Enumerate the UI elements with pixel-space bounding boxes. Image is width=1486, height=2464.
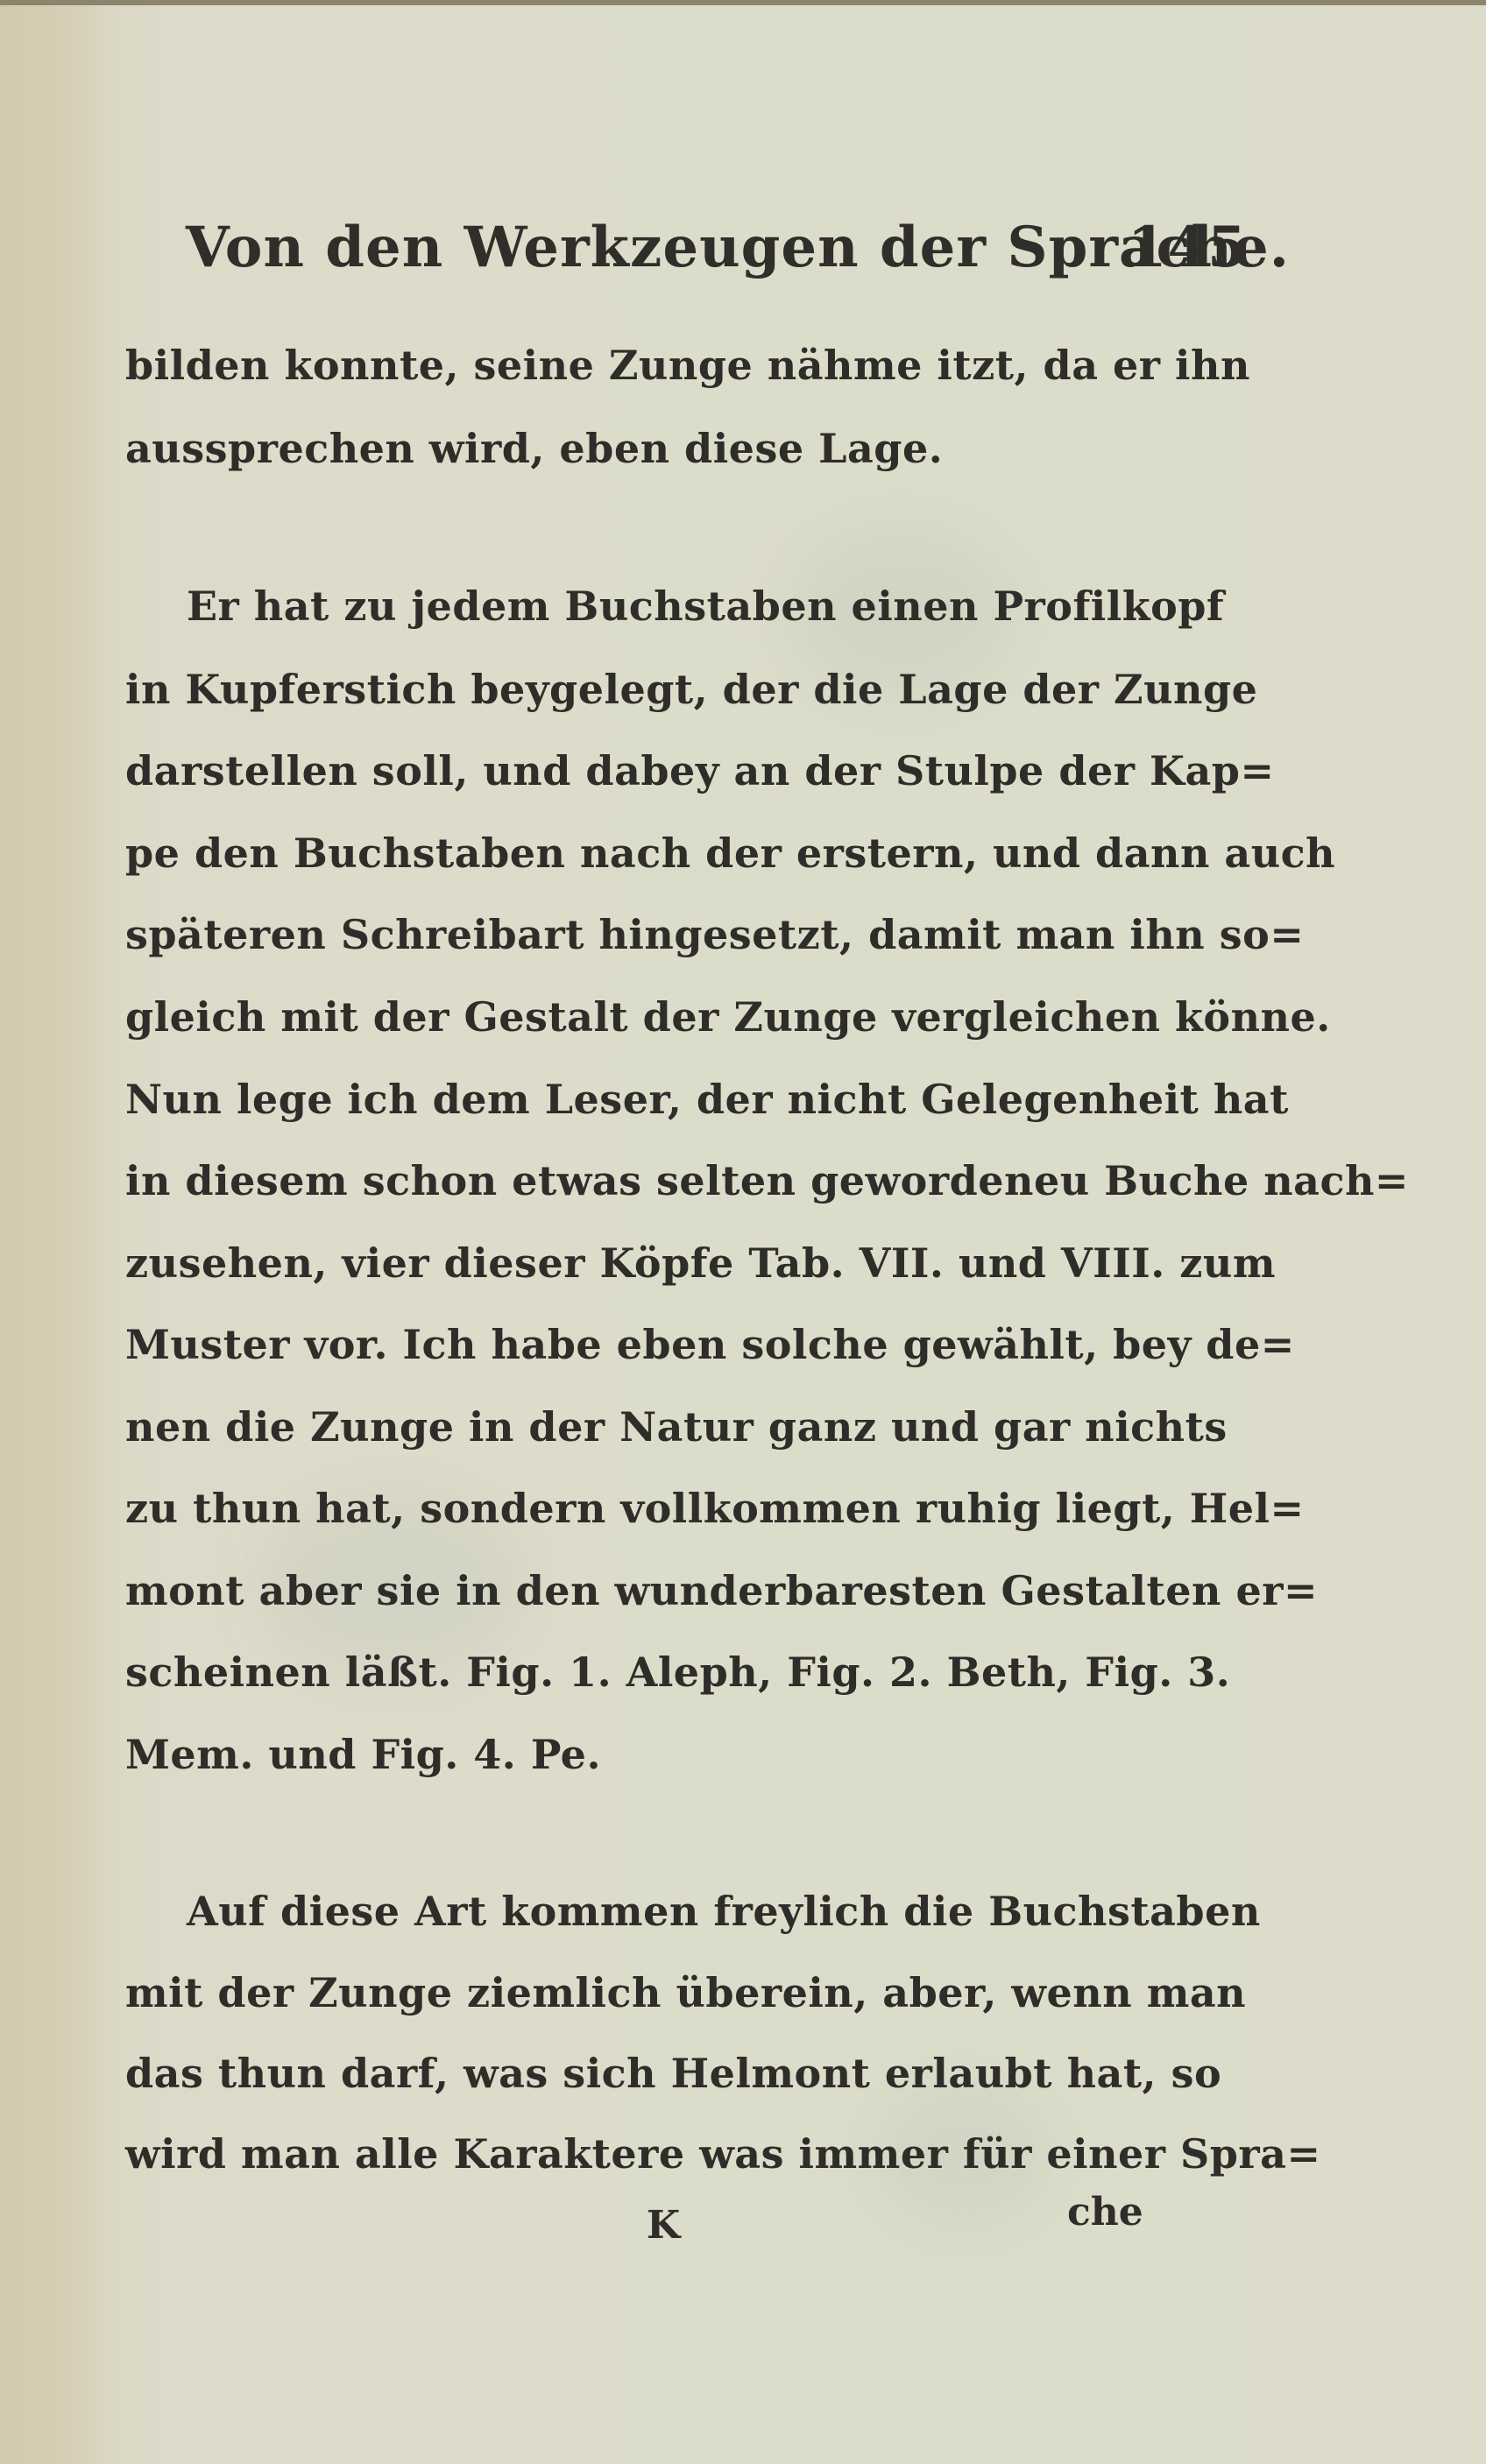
text-line: scheinen läßt. Fig. 1. Aleph, Fig. 2. Be… bbox=[125, 1649, 1196, 1696]
text-line: das thun darf, was sich Helmont erlaubt … bbox=[125, 2050, 1196, 2097]
text-line: zusehen, vier dieser Köpfe Tab. VII. und… bbox=[125, 1239, 1196, 1287]
signature-mark: K bbox=[647, 2203, 680, 2248]
text-line: Er hat zu jedem Buchstaben einen Profilk… bbox=[187, 582, 1196, 630]
text-line: mit der Zunge ziemlich überein, aber, we… bbox=[125, 1969, 1196, 2016]
catchword: che bbox=[1067, 2190, 1143, 2235]
text-line: pe den Buchstaben nach der erstern, und … bbox=[125, 830, 1196, 877]
page-number: 145 bbox=[1128, 215, 1248, 280]
text-line: Mem. und Fig. 4. Pe. bbox=[125, 1731, 1196, 1778]
text-line: gleich mit der Gestalt der Zunge verglei… bbox=[125, 993, 1196, 1041]
text-line: späteren Schreibart hingesetzt, damit ma… bbox=[125, 911, 1196, 958]
text-line: aussprechen wird, eben diese Lage. bbox=[125, 425, 1196, 472]
text-line: Auf diese Art kommen freylich die Buchst… bbox=[187, 1888, 1196, 1935]
text-line: zu thun hat, sondern vollkommen ruhig li… bbox=[125, 1485, 1196, 1532]
text-line: nen die Zunge in der Natur ganz und gar … bbox=[125, 1403, 1196, 1451]
text-line: wird man alle Karaktere was immer für ei… bbox=[125, 2130, 1196, 2178]
running-head-title: Von den Werkzeugen der Sprache. bbox=[186, 215, 1290, 280]
running-head: Von den Werkzeugen der Sprache. 145 bbox=[186, 215, 1193, 280]
text-line: Nun lege ich dem Leser, der nicht Gelege… bbox=[125, 1076, 1196, 1123]
text-line: mont aber sie in den wunderbaresten Gest… bbox=[125, 1567, 1196, 1614]
text-line: darstellen soll, und dabey an der Stulpe… bbox=[125, 747, 1196, 794]
text-line: bilden konnte, seine Zunge nähme itzt, d… bbox=[125, 342, 1196, 389]
text-line: in Kupferstich beygelegt, der die Lage d… bbox=[125, 666, 1196, 713]
text-line: in diesem schon etwas selten gewordeneu … bbox=[125, 1157, 1196, 1204]
text-line: Muster vor. Ich habe eben solche gewählt… bbox=[125, 1321, 1196, 1368]
book-page: Von den Werkzeugen der Sprache. 145 bild… bbox=[0, 0, 1486, 2464]
